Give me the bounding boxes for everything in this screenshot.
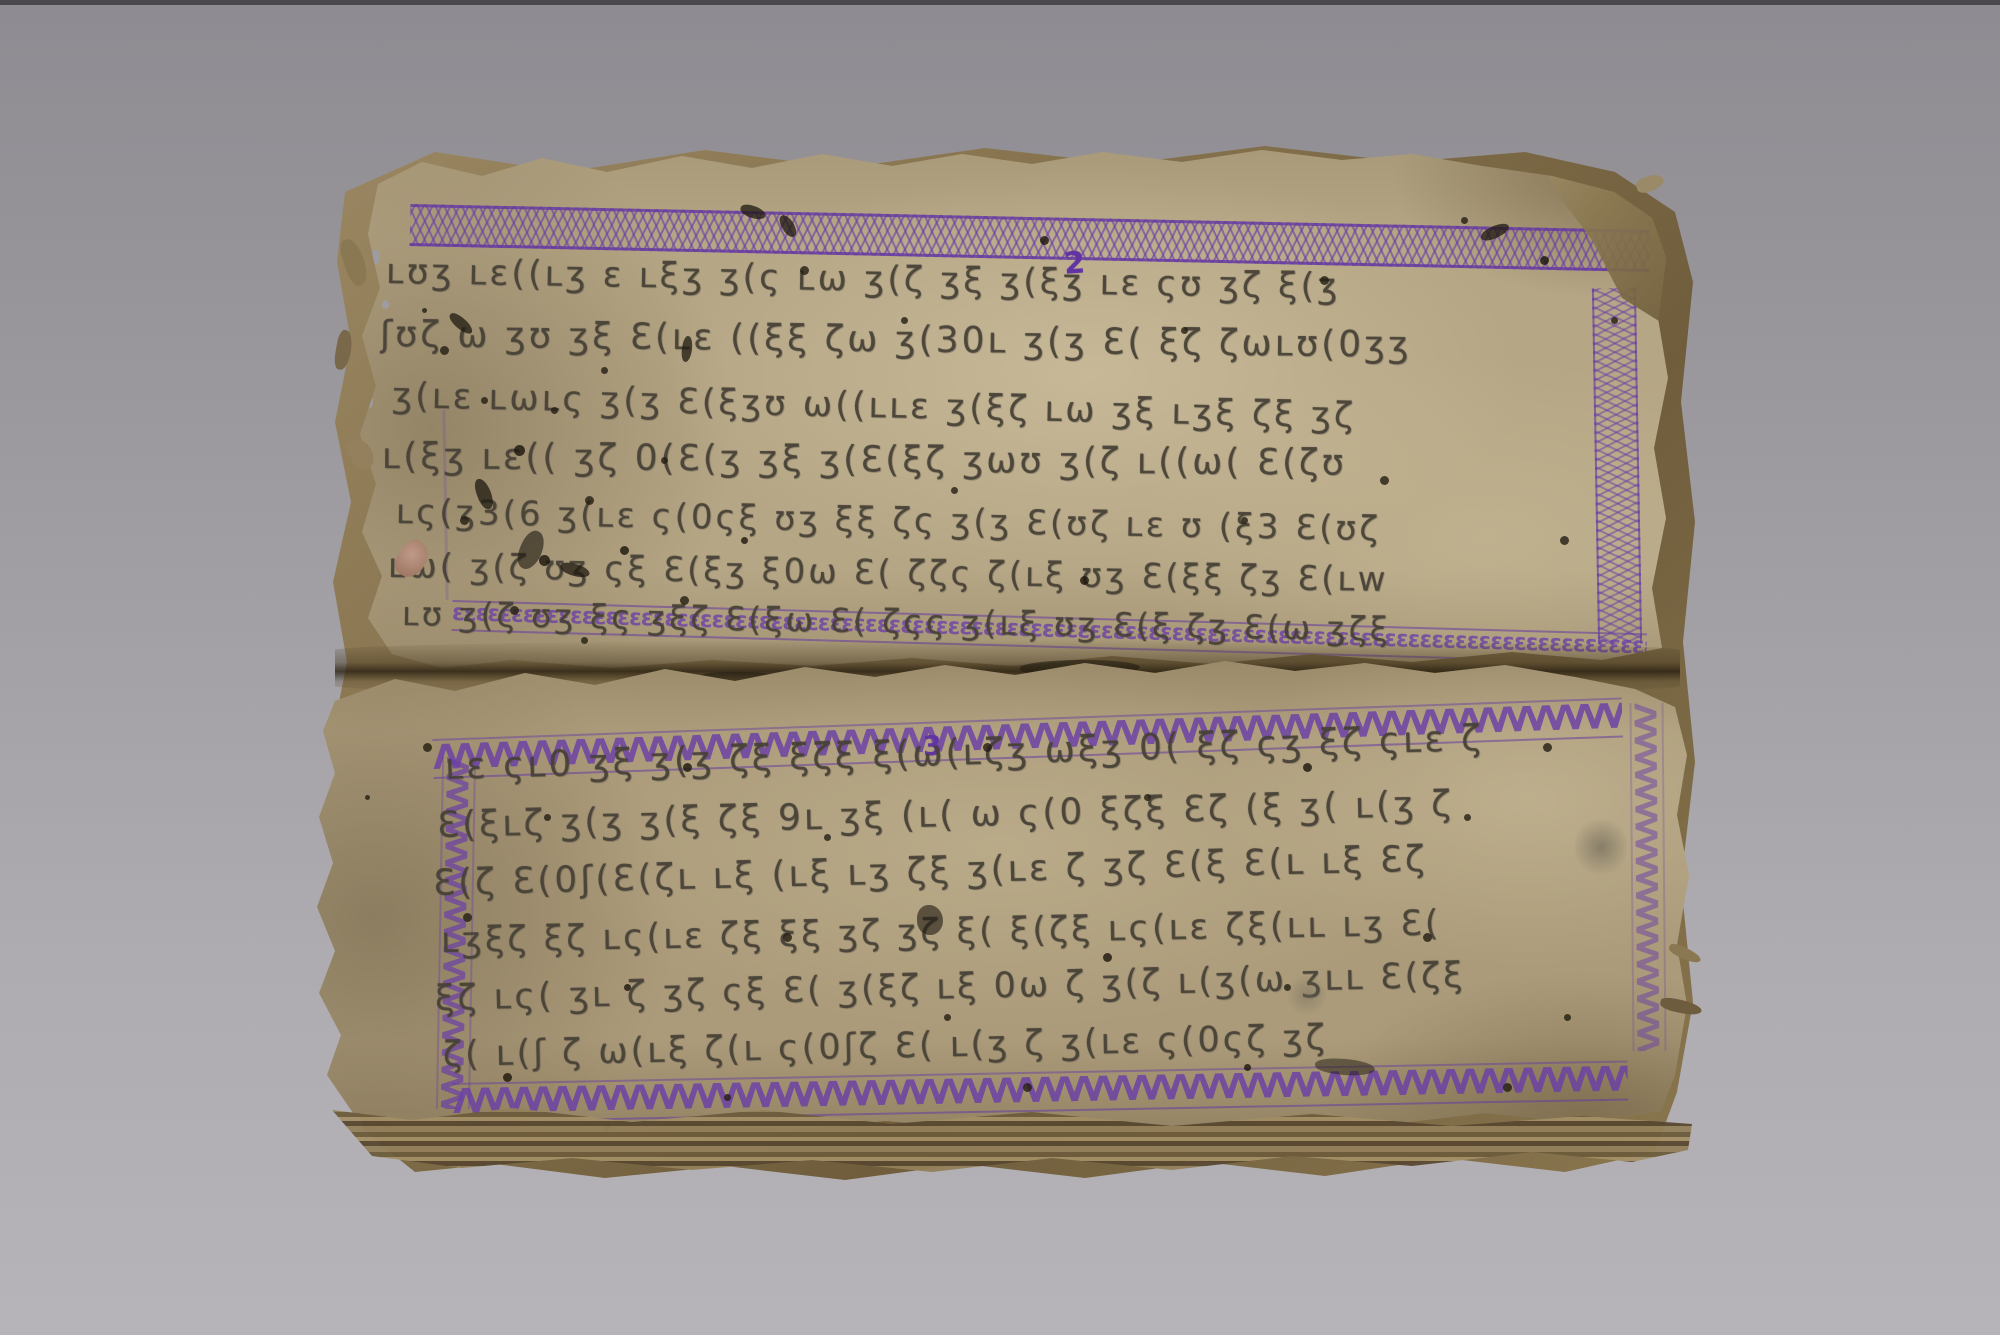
manuscript-page-bottom: ΛΛΛΛΛΛΛΛΛΛΛΛΛΛΛΛΛΛΛΛΛΛΛΛΛΛΛΛΛΛΛΛΛΛΛΛΛΛΛΛ… [305,655,1695,1135]
script-line: ʟ(ξʒ ʟɛ(( ʒζ 0(Ɛ(ʒ ʒξ ʒ(Ɛ(ξζ ʒωʊ ʒ(ζ ʟ((… [382,436,1632,486]
grey-smudge [1575,815,1627,879]
script-line: ʟς(ʒ3(6 ʒ(ʟɛ ς(0ςξ ʊʒ ξξ ζς ʒ(ʒ Ɛ(ʊζ ʟɛ … [396,492,1633,554]
manuscript-page-top: ɛɛɛɛɛɛɛɛɛɛɛɛɛɛɛɛɛɛɛɛɛɛɛɛɛɛɛɛɛɛɛɛɛɛɛɛɛɛɛɛ… [352,148,1670,688]
worm-hole [382,300,389,309]
script-line: ʟʒξζ ξζ ʟς(ʟɛ ζξ ξξ ʒζ ʒζ ξ( ξ(ζξ ʟς(ʟɛ … [441,900,1637,961]
grey-smudge [1285,975,1329,1015]
script-line: ʃʊζ ω ʒʊ ʒξ Ɛ(ʟɛ ((ξξ ζω ʒ(30ʟ ʒ(ʒ Ɛ( ξζ… [380,314,1630,368]
manuscript-photograph: ɛɛɛɛɛɛɛɛɛɛɛɛɛɛɛɛɛɛɛɛɛɛɛɛɛɛɛɛɛɛɛɛɛɛɛɛɛɛɛɛ… [0,0,2000,1335]
script-line: ξζ ʟς( ʒʟ ζ ʒζ ςξ Ɛ( ʒ(ξζ ʟξ 0ω ζ ʒ(ζ ʟ(… [435,952,1636,1019]
script-line: ʒ(ʟɛ ʟωʟς ʒ(ʒ Ɛ(ξʒʊ ω((ʟʟɛ ʒ(ξζ ʟω ʒξ ʟʒ… [392,376,1633,442]
ink-specks [365,795,370,800]
script-line: Ɛ(ζ Ɛ(0ʃ(Ɛ(ζʟ ʟξ (ʟξ ʟʒ ζξ ʒ(ʟɛ ζ ʒζ Ɛ(ξ… [432,834,1638,904]
photo-backdrop-edge [0,0,2000,5]
script-line: Ɛ(ξʟζ ʒ(ʒ ʒ(ξ ζξ 9ʟ ʒξ (ʟ( ω ς(0 ξζξ Ɛζ … [437,780,1638,846]
ink-smudge [917,905,943,935]
torn-paper-fiber [1634,172,1665,196]
ink-specks [422,308,427,313]
